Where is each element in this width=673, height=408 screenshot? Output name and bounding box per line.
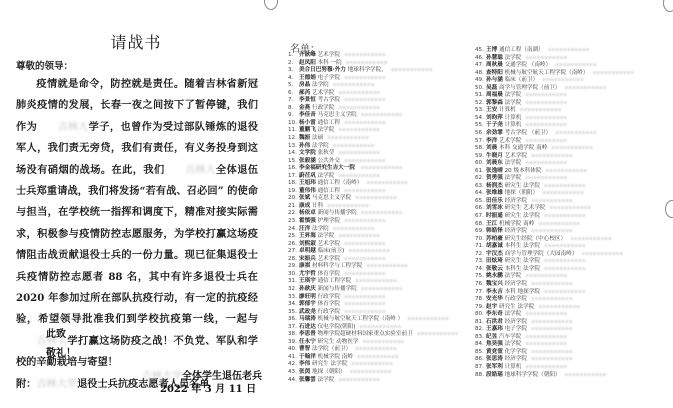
entry-number: 38. [288, 331, 299, 339]
entry-number: 24. [288, 226, 299, 234]
redacted-contact: ▪▪▪▪▪▪▪▪▪▪▪ [344, 158, 386, 164]
entry-department: 化学学院 [505, 349, 527, 355]
entry-department: 计算机 [499, 107, 516, 113]
entry-department: 艺术学院 [499, 138, 521, 144]
redacted-contact: ▪▪▪▪▪▪▪▪▪▪▪ [525, 138, 567, 144]
entry-name: 魏宝兴 [486, 281, 503, 287]
entry-name: 康祺 [299, 263, 310, 269]
entry-name: 胡嘉诚 [486, 243, 503, 249]
redacted-contact: ▪▪▪▪▪▪▪▪▪▪▪ [344, 97, 386, 103]
redacted-contact: ▪▪▪▪▪▪▪▪▪▪▪ [344, 309, 386, 315]
entry-number: 45. [475, 47, 486, 55]
entry-number: 62. [475, 175, 486, 183]
entry-number: 8. [288, 105, 299, 113]
entry-number: 57. [475, 138, 486, 146]
list-item: 35.武政尧 行政学院▪▪▪▪▪▪▪▪▪▪▪ [288, 309, 458, 317]
entry-number: 84. [475, 341, 486, 349]
list-item: 55.于子尧 计算机▪▪▪▪▪▪▪▪▪▪▪ [475, 122, 634, 130]
entry-name: 郭黎森 [486, 100, 503, 106]
entry-department: 法学院 [312, 82, 329, 88]
list-item: 67.时振遥 研究生 法学院▪▪▪▪▪▪▪▪▪▪▪ [475, 213, 634, 221]
redacted-contact: ▪▪▪▪▪▪▪▪▪▪▪ [338, 150, 380, 156]
entry-department: 张秋莹 [318, 150, 335, 156]
entry-name: 焦昊强 [486, 341, 503, 347]
entry-department: 研究生 艺术学院 [505, 205, 546, 211]
redacted-contact: ▪▪▪▪▪▪▪▪▪▪▪ [361, 165, 403, 171]
entry-name: 郭郁宇 [299, 301, 316, 307]
redacted-contact: ▪▪▪▪▪▪▪▪▪▪▪ [531, 228, 573, 234]
entry-number: 69. [475, 228, 486, 236]
entry-department: 本科 地探学院 [505, 289, 540, 295]
entry-name: 李洋 [486, 138, 497, 144]
entry-department: 新闻与传播学院 [318, 286, 357, 292]
entry-name: 康成 [299, 203, 310, 209]
entry-name: 余劲霏 [486, 130, 503, 136]
redacted-contact: ▪▪▪▪▪▪▪▪▪▪▪ [581, 251, 623, 257]
entry-department: 研究生 法学院 [312, 361, 347, 367]
list-item: 2.赵凤阳 本科 一院▪▪▪▪▪▪▪▪▪▪▪ [288, 60, 458, 68]
redacted-contact: ▪▪▪▪▪▪▪▪▪▪▪ [327, 135, 369, 141]
entry-number: 10. [288, 120, 299, 128]
entry-department: 电子学院 [318, 75, 340, 81]
redacted-contact: ▪▪▪▪▪▪▪▪▪▪▪ [344, 188, 386, 194]
entry-name: 董伟伟 [299, 188, 316, 194]
entry-department: 本科生 法学院 [505, 243, 540, 249]
list-item: 27.卓明越 临床(前卫)▪▪▪▪▪▪▪▪▪▪▪ [288, 248, 458, 256]
entry-name: 孙伟 [299, 143, 310, 149]
redacted-contact: ▪▪▪▪▪▪▪▪▪▪▪ [531, 326, 573, 332]
entry-name: 尤宇哲 [299, 271, 316, 277]
entry-department: 经济学院 [505, 281, 527, 287]
list-item: 82.王嘉玮 电子学院▪▪▪▪▪▪▪▪▪▪▪ [475, 326, 634, 334]
entry-department: 通信工程学院 [318, 278, 352, 284]
entry-number: 70. [475, 236, 486, 244]
entry-department: 行政学院 [505, 296, 527, 302]
entry-name: 贺勇强 [486, 175, 503, 181]
entry-name: 周秋晨 [486, 62, 503, 68]
redacted-contact: ▪▪▪▪▪▪▪▪▪▪▪ [333, 82, 375, 88]
entry-number: 40. [288, 346, 299, 354]
redacted-contact: ▪▪▪▪▪▪▪▪▪▪▪ [355, 278, 397, 284]
list-item: 57.李洋 艺术学院▪▪▪▪▪▪▪▪▪▪▪ [475, 138, 634, 146]
entry-number: 60. [475, 160, 486, 168]
redacted-contact: ▪▪▪▪▪▪▪▪▪▪▪ [344, 75, 386, 81]
entry-name: 石进达 [299, 324, 316, 330]
entry-department: 护理学院 [318, 218, 340, 224]
entry-number: 54. [475, 115, 486, 123]
entry-number: 17. [288, 173, 299, 181]
entry-number: 67. [475, 213, 486, 221]
entry-number: 27. [288, 248, 299, 256]
redacted-contact: ▪▪▪▪▪▪▪▪▪▪▪ [525, 341, 567, 347]
entry-number: 56. [475, 130, 486, 138]
redacted-contact: ▪▪▪▪▪▪▪▪▪▪▪ [361, 210, 403, 216]
entry-department: 交通学院 （南岭） [505, 62, 552, 68]
redacted-contact: ▪▪▪▪▪▪▪▪▪▪▪ [531, 356, 573, 362]
entry-name: 张军利 [486, 364, 503, 370]
redacted-contact: ▪▪▪▪▪▪▪▪▪▪▪ [355, 195, 397, 201]
list-item: 47.周秋晨 交通学院 （南岭）▪▪▪▪▪▪▪▪▪▪▪ [475, 62, 634, 70]
letter-title: 请战书 [0, 30, 272, 53]
entry-department: 研究生 法学院 [505, 213, 540, 219]
redacted-contact: ▪▪▪▪▪▪▪▪▪▪▪ [520, 107, 562, 113]
entry-name: 石洪君 [486, 319, 503, 325]
entry-number: 50. [475, 85, 486, 93]
list-item: 71.胡嘉诚 本科生 法学院▪▪▪▪▪▪▪▪▪▪▪ [475, 243, 634, 251]
entry-name: 王博 [486, 47, 497, 53]
list-item: 78.安光华 行政学院▪▪▪▪▪▪▪▪▪▪▪ [475, 296, 634, 304]
list-item: 80.李东奇 法学院▪▪▪▪▪▪▪▪▪▪▪ [475, 311, 634, 319]
list-item: 7.李景恒 考古学院▪▪▪▪▪▪▪▪▪▪▪ [288, 97, 458, 105]
redacted-contact: ▪▪▪▪▪▪▪▪▪▪▪ [344, 241, 386, 247]
redacted-contact: ▪▪▪▪▪▪▪▪▪▪▪ [525, 92, 567, 98]
entry-name: 苏柏豪 [486, 236, 503, 242]
entry-name: 王江 [486, 221, 497, 227]
list-item: 64.张维雄 地探（朝阳）▪▪▪▪▪▪▪▪▪▪▪ [475, 190, 634, 198]
redacted-contact: ▪▪▪▪▪▪▪▪▪▪▪ [544, 266, 586, 272]
redacted-contact: ▪▪▪▪▪▪▪▪▪▪▪ [593, 70, 635, 76]
list-item: 5.房晶 法学院▪▪▪▪▪▪▪▪▪▪▪ [288, 82, 458, 90]
redacted-contact: ▪▪▪▪▪▪▪▪▪▪▪ [555, 62, 597, 68]
entry-department: 法学院 [505, 55, 522, 61]
list-item: 87.张军利 计算机▪▪▪▪▪▪▪▪▪▪▪ [475, 364, 634, 372]
entry-department: 商学与管理学院（大园南岭） [505, 251, 578, 257]
entry-department: 电子学院 [505, 326, 527, 332]
entry-name: 孙歆庆 [299, 286, 316, 292]
entry-number: 82. [475, 326, 486, 334]
entry-department: 法学院 [505, 175, 522, 181]
list-item: 46.孙慧聪 法学院▪▪▪▪▪▪▪▪▪▪▪ [475, 55, 634, 63]
entry-department: 汽车学院 [499, 334, 521, 340]
redacted-contact: ▪▪▪▪▪▪▪▪▪▪▪ [525, 55, 567, 61]
redacted-contact: ▪▪▪▪▪▪▪▪▪▪▪ [525, 175, 567, 181]
entry-department: 地球科学学院， [348, 67, 387, 73]
redacted-contact: ▪▪▪▪▪▪▪▪▪▪▪ [565, 372, 607, 378]
list-item: 79.赵宇 研究生 法学院▪▪▪▪▪▪▪▪▪▪▪ [475, 304, 634, 312]
entry-name: 李永吉 [486, 289, 503, 295]
entry-name: 王昇海 [299, 233, 316, 239]
entry-number: 7. [288, 97, 299, 105]
entry-name: 廖旺明 [299, 294, 316, 300]
entry-name: 杨润杰 [486, 183, 503, 189]
entry-department: 本科生 法学院 [505, 266, 540, 272]
entry-name: 黄竞萱 [486, 349, 503, 355]
closing-line-1: 此致 [46, 325, 66, 340]
entry-number: 20. [288, 195, 299, 203]
list-item: 42.李伟 研究生 法学院▪▪▪▪▪▪▪▪▪▪▪ [288, 361, 458, 369]
redacted-contact: ▪▪▪▪▪▪▪▪▪▪▪ [525, 364, 567, 370]
list-item: 22.杨依卓 新闻与传播学院▪▪▪▪▪▪▪▪▪▪▪ [288, 210, 458, 218]
redacted-contact: ▪▪▪▪▪▪▪▪▪▪▪ [355, 346, 397, 352]
entry-name: 刘雪冰 [486, 205, 503, 211]
entry-department: 法学院 [505, 100, 522, 106]
redacted-contact: ▪▪▪▪▪▪▪▪▪▪▪ [333, 143, 375, 149]
entry-number: 66. [475, 205, 486, 213]
redacted-contact: ▪▪▪▪▪▪▪▪▪▪▪ [344, 271, 386, 277]
list-item: 12.魏振 法硕▪▪▪▪▪▪▪▪▪▪▪ [288, 135, 458, 143]
list-item: 45.王博 通信工程（南湖）▪▪▪▪▪▪▪▪▪▪▪ [475, 47, 634, 55]
list-item: 66.刘雪冰 研究生 艺术学院▪▪▪▪▪▪▪▪▪▪▪ [475, 205, 634, 213]
list-item: 29.康祺 材料科学与工程学院▪▪▪▪▪▪▪▪▪▪▪ [288, 263, 458, 271]
entry-number: 46. [475, 55, 486, 63]
list-item: 53.王安 计算机▪▪▪▪▪▪▪▪▪▪▪ [475, 107, 634, 115]
entry-number: 1. [288, 52, 299, 60]
entry-number: 47. [475, 62, 486, 70]
list-item: 36.马瑞涛 机械与航空航天工程学院（南岭 ）▪▪▪▪▪▪▪▪▪▪▪ [288, 316, 458, 324]
entry-number: 28. [288, 256, 299, 264]
salutation: 尊敬的领导： [16, 58, 73, 72]
entry-department: 法学院 [505, 160, 522, 166]
entry-department: 物理学院超硬材料国家重点实验室前卫 [318, 331, 413, 337]
redacted-contact: ▪▪▪▪▪▪▪▪▪▪▪ [338, 90, 380, 96]
entry-number: 35. [288, 309, 299, 317]
entry-department: 体育学院 [318, 301, 340, 307]
entry-number: 4. [288, 75, 299, 83]
entry-department: 机械学院 南岭 [318, 354, 353, 360]
entry-number: 32. [288, 286, 299, 294]
binding-hole-icon [665, 200, 673, 218]
entry-number: 83. [475, 334, 486, 342]
entry-name: 段皓瑶 [486, 372, 503, 378]
entry-name: 张茵 [299, 369, 310, 375]
entry-number: 65. [475, 198, 486, 206]
redacted-contact: ▪▪▪▪▪▪▪▪▪▪▪ [565, 85, 607, 91]
list-item: 58.刘晨 本科 交通学院 南岭▪▪▪▪▪▪▪▪▪▪▪ [475, 145, 634, 153]
entry-name: 张敬云 [486, 266, 503, 272]
list-item: 77.李永吉 本科 地探学院▪▪▪▪▪▪▪▪▪▪▪ [475, 289, 634, 297]
entry-department: 本科 一院 [318, 60, 342, 66]
entry-name: 张斌 [299, 195, 310, 201]
entry-department: 法学院 [312, 226, 329, 232]
redacted-contact: ▪▪▪▪▪▪▪▪▪▪▪ [544, 243, 586, 249]
redacted-contact: ▪▪▪▪▪▪▪▪▪▪▪ [570, 236, 612, 242]
entry-number: 53. [475, 107, 486, 115]
list-item: 73.田炫琦 研究生 法学院▪▪▪▪▪▪▪▪▪▪▪ [475, 258, 634, 266]
entry-department: 地探（朝阳） [505, 190, 539, 196]
entry-department: 行政学院 [318, 294, 340, 300]
redacted-contact: ▪▪▪▪▪▪▪▪▪▪▪ [361, 112, 403, 118]
entry-department: 行政学院 [318, 309, 340, 315]
list-item: 44.张馨雲 法学院▪▪▪▪▪▪▪▪▪▪▪ [288, 377, 458, 385]
entry-number: 11. [288, 127, 299, 135]
entry-department: 法学院 [312, 143, 329, 149]
entry-number: 87. [475, 364, 486, 372]
entry-number: 63. [475, 183, 486, 191]
entry-name: 王旭玮 [299, 180, 316, 186]
entry-department: 经济学院 [505, 228, 527, 234]
list-item: 24.汪洋 法学院▪▪▪▪▪▪▪▪▪▪▪ [288, 226, 458, 234]
entry-name: 武政尧 [299, 309, 316, 315]
entry-department: 艺术学院 [318, 256, 340, 262]
entry-number: 21. [288, 203, 299, 211]
list-item: 76.魏宝兴 经济学院▪▪▪▪▪▪▪▪▪▪▪ [475, 281, 634, 289]
entry-name: 齐歆峰 [299, 52, 316, 58]
entry-department: 计科 [312, 203, 323, 209]
list-item: 68.王江 机械学院 南岭▪▪▪▪▪▪▪▪▪▪▪ [475, 221, 634, 229]
entry-department: 艺术学院 [505, 153, 527, 159]
entry-number: 16. [288, 165, 299, 173]
entry-number: 48. [475, 70, 486, 78]
entry-department: 机械学院 南岭 [499, 221, 534, 227]
entry-number: 55. [475, 122, 486, 130]
redacted-contact: ▪▪▪▪▪▪▪▪▪▪▪ [361, 286, 403, 292]
list-item: 62.贺勇强 法学院▪▪▪▪▪▪▪▪▪▪▪ [475, 175, 634, 183]
entry-number: 58. [475, 145, 486, 153]
list-item: 16.李金福研究生吉大一院 ▪▪▪▪▪▪▪▪▪▪▪ [288, 165, 458, 173]
redacted-contact: ▪▪▪▪▪▪▪▪▪▪▪ [338, 173, 380, 179]
entry-department: 法学院 [505, 273, 522, 279]
list-item: 25.王昇海 法学院▪▪▪▪▪▪▪▪▪▪▪ [288, 233, 458, 241]
redacted-contact: ▪▪▪▪▪▪▪▪▪▪▪ [531, 281, 573, 287]
entry-name: 张维雄 [486, 190, 503, 196]
entry-name: 田炫琦 [486, 258, 503, 264]
entry-name: 孙慧聪 [486, 55, 503, 61]
entry-name: 任永宁 [299, 339, 316, 345]
entry-name: 刘昀萍 [486, 115, 503, 121]
letter-date: 2022 年 3 月 11 日 [160, 380, 256, 395]
entry-department: 考古学院 （前卫） [505, 130, 552, 136]
entry-name: 宇汉杰 [486, 251, 503, 257]
entry-department: 法学院 [505, 92, 522, 98]
entry-name: 张思涛 [486, 356, 503, 362]
redacted-contact: ▪▪▪▪▪▪▪▪▪▪▪ [363, 339, 405, 345]
entry-name: 张逸晴 [486, 168, 503, 174]
entry-department: 经济学院 [505, 198, 527, 204]
redacted-contact: ▪▪▪▪▪▪▪▪▪▪▪ [344, 256, 386, 262]
list-item: 18.王旭玮 通信工程（南岭）▪▪▪▪▪▪▪▪▪▪▪ [288, 180, 458, 188]
redacted-contact: ▪▪▪▪▪▪▪▪▪▪▪ [333, 226, 375, 232]
redacted-contact: ▪▪▪▪▪▪▪▪▪▪▪ [357, 354, 399, 360]
entry-name: 刘熙淑 [299, 241, 316, 247]
entry-name: 李伟 [299, 361, 310, 367]
entry-number: 12. [288, 135, 299, 143]
entry-name: 杨小雷 [299, 120, 316, 126]
redacted-text: 吉林大学 [36, 374, 77, 395]
redacted-contact: ▪▪▪▪▪▪▪▪▪▪▪ [525, 100, 567, 106]
entry-department: 通信工程（南岭） [318, 180, 363, 186]
entry-department: 地球科学学院（朝阳） [505, 372, 561, 378]
attachment-label: 附： [16, 378, 36, 390]
entry-department: 计算机 [505, 122, 522, 128]
list-item: 60.刘晨东 法学院▪▪▪▪▪▪▪▪▪▪▪ [475, 160, 634, 168]
list-item: 51.周福晨 法学院▪▪▪▪▪▪▪▪▪▪▪ [475, 92, 634, 100]
redacted-contact: ▪▪▪▪▪▪▪▪▪▪▪ [542, 77, 584, 83]
entry-name: 李金福研究生吉大一院 [299, 165, 355, 171]
entry-department: 艺术学院 [318, 52, 340, 58]
list-item: 56.余劲霏 考古学院 （前卫）▪▪▪▪▪▪▪▪▪▪▪ [475, 130, 634, 138]
entry-department: 计算机 [505, 364, 522, 370]
entry-name: 张馨雲 [299, 377, 316, 383]
redacted-contact: ▪▪▪▪▪▪▪▪▪▪▪ [544, 183, 586, 189]
list-item: 3.美合日巴努穆·外力 地球科学学院，▪▪▪▪▪▪▪▪▪▪▪ [288, 67, 458, 75]
entry-number: 15. [288, 158, 299, 166]
entry-number: 77. [475, 289, 486, 297]
entry-number: 68. [475, 221, 486, 229]
binding-hole-icon [663, 0, 673, 12]
entry-number: 23. [288, 218, 299, 226]
entry-name: 马瑞涛 [299, 316, 316, 322]
entry-department: 研究生 法学院 [499, 304, 534, 310]
list-item: 49.孙与涵 临床（前卫）▪▪▪▪▪▪▪▪▪▪▪ [475, 77, 634, 85]
entry-name: 孙与涵 [486, 77, 503, 83]
entry-name: 田佳乐 [486, 198, 503, 204]
entry-name: 赵宇 [486, 304, 497, 310]
redacted-contact: ▪▪▪▪▪▪▪▪▪▪▪ [407, 316, 449, 322]
redacted-contact: ▪▪▪▪▪▪▪▪▪▪▪ [525, 115, 567, 121]
entry-name: 卓明越 [299, 248, 316, 254]
redacted-contact: ▪▪▪▪▪▪▪▪▪▪▪ [350, 369, 392, 375]
entry-name: 李景恒 [299, 97, 316, 103]
entry-number: 76. [475, 281, 486, 289]
entry-number: 2. [288, 60, 299, 68]
list-item: 13.孙伟 法学院▪▪▪▪▪▪▪▪▪▪▪ [288, 143, 458, 151]
entry-number: 59. [475, 153, 486, 161]
entry-department: 艺术学院 [318, 241, 340, 247]
entry-name: 美合日巴努穆·外力 [299, 67, 346, 73]
entry-department: 经济学院 [505, 319, 527, 325]
redacted-contact: ▪▪▪▪▪▪▪▪▪▪▪ [344, 120, 386, 126]
redacted-contact: ▪▪▪▪▪▪▪▪▪▪▪ [344, 301, 386, 307]
entry-name: 刘晨东 [486, 160, 503, 166]
list-item: 33.廖旺明 行政学院▪▪▪▪▪▪▪▪▪▪▪ [288, 294, 458, 302]
entry-number: 5. [288, 82, 299, 90]
list-item: 69.韩皓怿 经济学院▪▪▪▪▪▪▪▪▪▪▪ [475, 228, 634, 236]
entry-name: 牛晓月 [486, 153, 503, 159]
entry-department: 法学院（前卫） [312, 346, 351, 352]
list-item: 88.段皓瑶 地球科学学院（朝阳）▪▪▪▪▪▪▪▪▪▪▪ [475, 372, 634, 380]
redacted-contact: ▪▪▪▪▪▪▪▪▪▪▪ [338, 377, 380, 383]
entry-department: 考古学院 [318, 97, 340, 103]
redacted-contact: ▪▪▪▪▪▪▪▪▪▪▪ [344, 218, 386, 224]
entry-name: 吴磊 [486, 85, 497, 91]
entry-number: 80. [475, 311, 486, 319]
entry-department: 本科 交通学院 南岭 [499, 145, 547, 151]
list-item: 23.霍慎强 护理学院▪▪▪▪▪▪▪▪▪▪▪ [288, 218, 458, 226]
entry-number: 26. [288, 241, 299, 249]
redacted-contact: ▪▪▪▪▪▪▪▪▪▪▪ [550, 205, 592, 211]
entry-number: 39. [288, 339, 299, 347]
entry-name: 李东奇 [486, 311, 503, 317]
entry-name: 时振遥 [486, 213, 503, 219]
list-item: 40.曹智 法学院（前卫）▪▪▪▪▪▪▪▪▪▪▪ [288, 346, 458, 354]
entry-department: 临床(前卫) [318, 248, 345, 254]
list-item: 75.姚永鹏 法学院▪▪▪▪▪▪▪▪▪▪▪ [475, 273, 634, 281]
entry-number: 51. [475, 92, 486, 100]
entry-department: 机械与航空航天工程学院（南岭 ） [318, 316, 404, 322]
list-item: 9.李佳音 马克思主义学院▪▪▪▪▪▪▪▪▪▪▪ [288, 112, 458, 120]
entry-number: 73. [475, 258, 486, 266]
redacted-contact: ▪▪▪▪▪▪▪▪▪▪▪ [542, 190, 584, 196]
redacted-contact: ▪▪▪▪▪▪▪▪▪▪▪ [346, 60, 388, 66]
entry-number: 14. [288, 150, 299, 158]
redacted-contact: ▪▪▪▪▪▪▪▪▪▪▪ [545, 168, 587, 174]
redacted-contact: ▪▪▪▪▪▪▪▪▪▪▪ [531, 198, 573, 204]
entry-department: 材料科学与工程学院 [312, 263, 362, 269]
entry-number: 22. [288, 210, 299, 218]
entry-department: 新闻与传播学院 [318, 210, 357, 216]
entry-name: 杨依卓 [299, 210, 316, 216]
name-list-page: 名单： 1.齐歆峰 艺术学院▪▪▪▪▪▪▪▪▪▪▪2.赵凤阳 本科 一院▪▪▪▪… [272, 0, 673, 408]
entry-name: 董鹏飞 [299, 127, 316, 133]
list-item: 38.李思普 物理学院超硬材料国家重点实验室前卫▪▪▪▪▪▪▪▪▪▪▪ [288, 331, 458, 339]
redacted-contact: ▪▪▪▪▪▪▪▪▪▪▪ [348, 248, 390, 254]
entry-number: 19. [288, 188, 299, 196]
redacted-contact: ▪▪▪▪▪▪▪▪▪▪▪ [338, 127, 380, 133]
entry-department: 法学院 [318, 233, 335, 239]
entry-department: 研究生经院（中心校区） [505, 236, 567, 242]
entry-number: 42. [288, 361, 299, 369]
entry-name: 于翰洋 [299, 354, 316, 360]
